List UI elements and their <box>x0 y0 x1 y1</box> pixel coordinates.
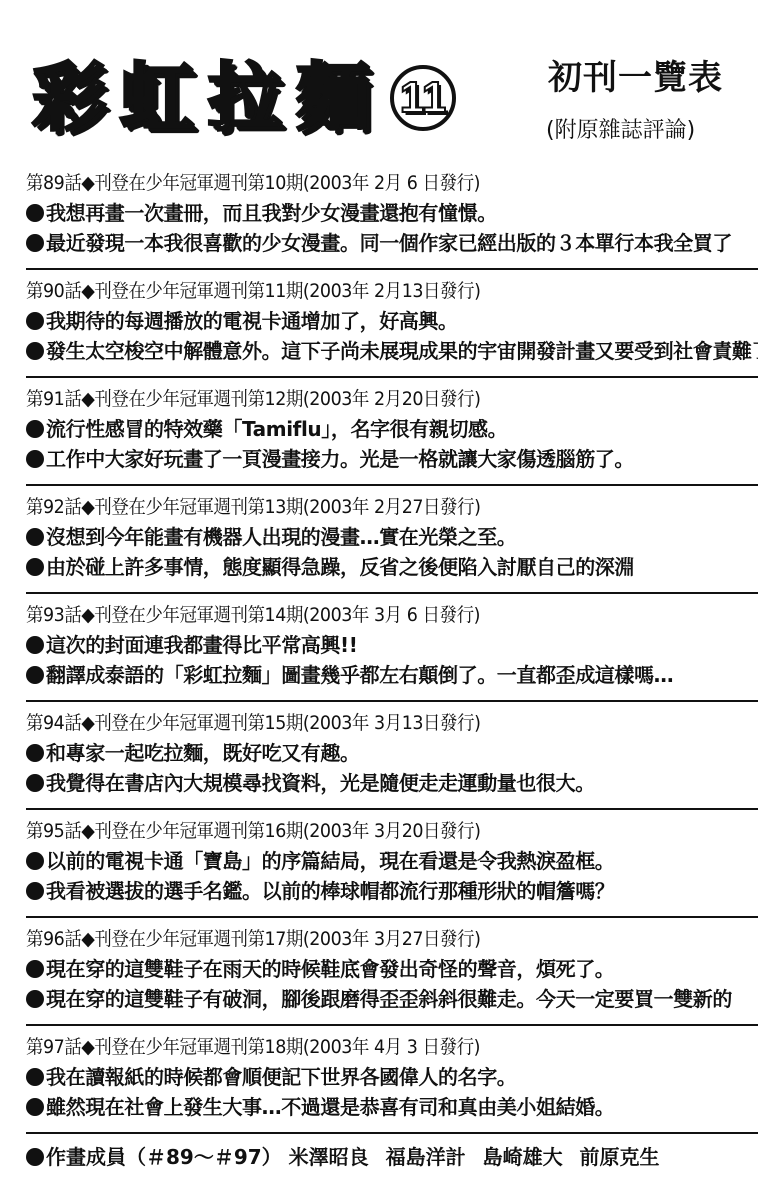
episode-heading: 第94話◆刊登在少年冠軍週刊第15期(2003年 3月13日發行) <box>26 708 699 738</box>
episode-heading: 第95話◆刊登在少年冠軍週刊第16期(2003年 3月20日發行) <box>26 816 699 846</box>
episode-comment: 沒想到今年能畫有機器人出現的漫畫…實在光榮之至。 <box>26 522 758 552</box>
episode-comment: 我在讀報紙的時候都會順便記下世界各國偉人的名字。 <box>26 1062 758 1092</box>
bullet-icon <box>26 234 44 252</box>
episode-comment: 我看被選拔的選手名鑑。以前的棒球帽都流行那種形狀的帽簷嗎？ <box>26 876 758 906</box>
episode-comment: 最近發現一本我很喜歡的少女漫畫。同一個作家已經出版的３本單行本我全買了 <box>26 228 758 258</box>
episode-entry: 第92話◆刊登在少年冠軍週刊第13期(2003年 2月27日發行) 沒想到今年能… <box>26 486 758 594</box>
episode-heading: 第92話◆刊登在少年冠軍週刊第13期(2003年 2月27日發行) <box>26 492 699 522</box>
title-char: 虹 <box>120 58 194 138</box>
episode-comment: 工作中大家好玩畫了一頁漫畫接力。光是一格就讓大家傷透腦筋了。 <box>26 444 758 474</box>
episode-heading: 第89話◆刊登在少年冠軍週刊第10期(2003年 2月 6 日發行) <box>26 168 699 198</box>
subtitle-main: 初刊一覽表 <box>548 58 723 98</box>
bullet-icon <box>26 774 44 792</box>
episode-heading: 第96話◆刊登在少年冠軍週刊第17期(2003年 3月27日發行) <box>26 924 699 954</box>
series-title: 彩 虹 拉 麵 11 <box>32 58 456 138</box>
episode-entry: 第89話◆刊登在少年冠軍週刊第10期(2003年 2月 6 日發行) 我想再畫一… <box>26 164 758 270</box>
episode-comment: 我想再畫一次畫冊，而且我對少女漫畫還抱有憧憬。 <box>26 198 758 228</box>
episode-entry: 第96話◆刊登在少年冠軍週刊第17期(2003年 3月27日發行) 現在穿的這雙… <box>26 918 758 1026</box>
staff-name: 米澤昭良 <box>289 1145 369 1169</box>
subtitle-block: 初刊一覽表 (附原雜誌評論) <box>548 58 723 146</box>
episode-comment: 翻譯成泰語的「彩虹拉麵」圖畫幾乎都左右顛倒了。一直都歪成這樣嗎… <box>26 660 758 690</box>
episode-heading: 第97話◆刊登在少年冠軍週刊第18期(2003年 4月 3 日發行) <box>26 1032 699 1062</box>
title-char: 彩 <box>32 58 106 138</box>
episode-comment: 我覺得在書店內大規模尋找資料，光是隨便走走運動量也很大。 <box>26 768 758 798</box>
episode-heading: 第90話◆刊登在少年冠軍週刊第11期(2003年 2月13日發行) <box>26 276 699 306</box>
episode-comment: 發生太空梭空中解體意外。這下子尚未展現成果的宇宙開發計畫又要受到社會責難了 <box>26 336 758 366</box>
episode-comment: 和專家一起吃拉麵，既好吃又有趣。 <box>26 738 758 768</box>
episode-heading: 第93話◆刊登在少年冠軍週刊第14期(2003年 3月 6 日發行) <box>26 600 699 630</box>
episode-entry: 第97話◆刊登在少年冠軍週刊第18期(2003年 4月 3 日發行) 我在讀報紙… <box>26 1026 758 1134</box>
volume-number-badge: 11 <box>390 65 456 131</box>
staff-name: 前原克生 <box>580 1145 660 1169</box>
bullet-icon <box>26 636 44 654</box>
page-header: 彩 虹 拉 麵 11 初刊一覽表 (附原雜誌評論) <box>0 0 784 160</box>
episode-comment: 由於碰上許多事情，態度顯得急躁，反省之後便陷入討厭自己的深淵 <box>26 552 758 582</box>
bullet-icon <box>26 990 44 1008</box>
bullet-icon <box>26 852 44 870</box>
staff-name: 福島洋計 <box>386 1145 466 1169</box>
bullet-icon <box>26 882 44 900</box>
bullet-icon <box>26 1098 44 1116</box>
bullet-icon <box>26 450 44 468</box>
episode-comment: 我期待的每週播放的電視卡通增加了，好高興。 <box>26 306 758 336</box>
episode-entry: 第94話◆刊登在少年冠軍週刊第15期(2003年 3月13日發行) 和專家一起吃… <box>26 702 758 810</box>
episode-comment: 流行性感冒的特效藥「Tamiflu」，名字很有親切感。 <box>26 414 758 444</box>
bullet-icon <box>26 744 44 762</box>
episode-entry: 第93話◆刊登在少年冠軍週刊第14期(2003年 3月 6 日發行) 這次的封面… <box>26 594 758 702</box>
bullet-icon <box>26 342 44 360</box>
episode-comment: 這次的封面連我都畫得比平常高興!! <box>26 630 758 660</box>
bullet-icon <box>26 558 44 576</box>
episode-entry: 第91話◆刊登在少年冠軍週刊第12期(2003年 2月20日發行) 流行性感冒的… <box>26 378 758 486</box>
bullet-icon <box>26 1148 44 1166</box>
episode-comment: 雖然現在社會上發生大事…不過還是恭喜有司和真由美小姐結婚。 <box>26 1092 758 1122</box>
episode-list: 第89話◆刊登在少年冠軍週刊第10期(2003年 2月 6 日發行) 我想再畫一… <box>26 164 758 1172</box>
staff-label: 作畫成員（＃89～＃97） <box>46 1145 282 1169</box>
bullet-icon <box>26 204 44 222</box>
episode-heading: 第91話◆刊登在少年冠軍週刊第12期(2003年 2月20日發行) <box>26 384 699 414</box>
episode-entry: 第95話◆刊登在少年冠軍週刊第16期(2003年 3月20日發行) 以前的電視卡… <box>26 810 758 918</box>
title-char: 麵 <box>296 58 370 138</box>
episode-comment: 以前的電視卡通「寶島」的序篇結局，現在看還是令我熱淚盈框。 <box>26 846 758 876</box>
bullet-icon <box>26 528 44 546</box>
staff-credits: 作畫成員（＃89～＃97） 米澤昭良 福島洋計 島崎雄大 前原克生 <box>26 1134 758 1172</box>
episode-entry: 第90話◆刊登在少年冠軍週刊第11期(2003年 2月13日發行) 我期待的每週… <box>26 270 758 378</box>
subtitle-sub: (附原雜誌評論) <box>546 116 723 146</box>
bullet-icon <box>26 420 44 438</box>
staff-name: 島崎雄大 <box>483 1145 563 1169</box>
episode-comment: 現在穿的這雙鞋子有破洞，腳後跟磨得歪歪斜斜很難走。今天一定要買一雙新的 <box>26 984 758 1014</box>
staff-names: 米澤昭良 福島洋計 島崎雄大 前原克生 <box>289 1145 670 1169</box>
bullet-icon <box>26 1068 44 1086</box>
episode-comment: 現在穿的這雙鞋子在雨天的時候鞋底會發出奇怪的聲音，煩死了。 <box>26 954 758 984</box>
bullet-icon <box>26 666 44 684</box>
title-char: 拉 <box>208 58 282 138</box>
bullet-icon <box>26 312 44 330</box>
bullet-icon <box>26 960 44 978</box>
